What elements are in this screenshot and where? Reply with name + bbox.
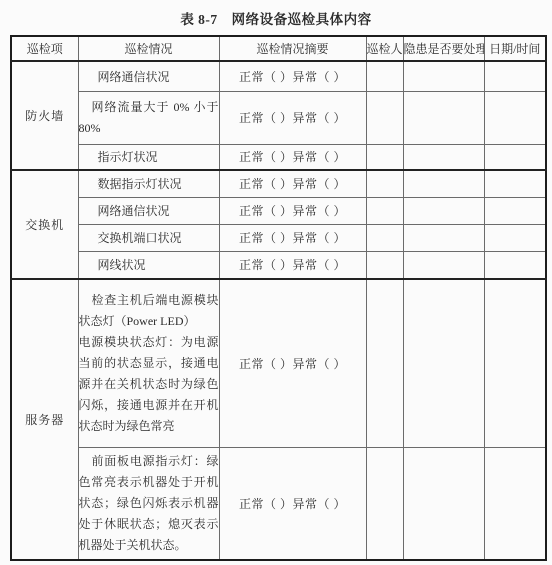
summary-normal-abnormal: 正常（ ）异常（ ）: [219, 61, 366, 91]
hazard-cell: [403, 224, 484, 251]
summary-normal-abnormal: 正常（ ）异常（ ）: [219, 279, 366, 447]
datetime-cell: [484, 447, 546, 560]
col-header-datetime: 日期/时间: [484, 36, 546, 61]
inspection-item: 检查主机后端电源模块状态灯（Power LED） 电源模块状态灯：为电源当前的状…: [78, 279, 219, 447]
datetime-cell: [484, 144, 546, 170]
inspection-item: 前面板电源指示灯：绿色常亮表示机器处于开机状态；绿色闪烁表示机器处于休眠状态；熄…: [78, 447, 219, 560]
hazard-cell: [403, 279, 484, 447]
inspection-item: 网线状况: [78, 251, 219, 279]
table-row: 交换机 数据指示灯状况 正常（ ）异常（ ）: [11, 170, 546, 197]
datetime-cell: [484, 197, 546, 224]
inspector-cell: [366, 447, 403, 560]
summary-normal-abnormal: 正常（ ）异常（ ）: [219, 144, 366, 170]
inspection-item: 数据指示灯状况: [78, 170, 219, 197]
col-header-situation: 巡检情况: [78, 36, 219, 61]
inspection-item: 网络流量大于 0% 小于80%: [79, 97, 219, 139]
hazard-cell: [403, 144, 484, 170]
table-row: 前面板电源指示灯：绿色常亮表示机器处于开机状态；绿色闪烁表示机器处于休眠状态；熄…: [11, 447, 546, 560]
col-header-inspector: 巡检人: [366, 36, 403, 61]
datetime-cell: [484, 224, 546, 251]
inspection-table: 巡检项 巡检情况 巡检情况摘要 巡检人 隐患是否要处理 日期/时间 防火墙 网络…: [10, 35, 547, 561]
summary-normal-abnormal: 正常（ ）异常（ ）: [219, 447, 366, 560]
table-row: 防火墙 网络通信状况 正常（ ）异常（ ）: [11, 61, 546, 91]
item-paragraph: 前面板电源指示灯：绿色常亮表示机器处于开机状态；绿色闪烁表示机器处于休眠状态；熄…: [79, 451, 219, 556]
summary-normal-abnormal: 正常（ ）异常（ ）: [219, 91, 366, 144]
inspection-item: 指示灯状况: [78, 144, 219, 170]
table-row: 网线状况 正常（ ）异常（ ）: [11, 251, 546, 279]
summary-normal-abnormal: 正常（ ）异常（ ）: [219, 224, 366, 251]
hazard-cell: [403, 251, 484, 279]
inspector-cell: [366, 170, 403, 197]
group-label-server: 服务器: [11, 279, 78, 560]
inspector-cell: [366, 224, 403, 251]
col-header-summary: 巡检情况摘要: [219, 36, 366, 61]
datetime-cell: [484, 61, 546, 91]
group-label-firewall: 防火墙: [11, 61, 78, 170]
inspection-item: 交换机端口状况: [78, 224, 219, 251]
group-label-switch: 交换机: [11, 170, 78, 279]
datetime-cell: [484, 251, 546, 279]
summary-normal-abnormal: 正常（ ）异常（ ）: [219, 170, 366, 197]
hazard-cell: [403, 91, 484, 144]
inspector-cell: [366, 91, 403, 144]
summary-normal-abnormal: 正常（ ）异常（ ）: [219, 251, 366, 279]
table-title: 表 8-7 网络设备巡检具体内容: [0, 0, 552, 28]
table-row: 服务器 检查主机后端电源模块状态灯（Power LED） 电源模块状态灯：为电源…: [11, 279, 546, 447]
hazard-cell: [403, 61, 484, 91]
inspector-cell: [366, 279, 403, 447]
inspector-cell: [366, 144, 403, 170]
item-paragraph: 检查主机后端电源模块状态灯（Power LED）: [79, 290, 219, 332]
header-row: 巡检项 巡检情况 巡检情况摘要 巡检人 隐患是否要处理 日期/时间: [11, 36, 546, 61]
inspector-cell: [366, 197, 403, 224]
inspection-item: 网络通信状况: [78, 61, 219, 91]
summary-normal-abnormal: 正常（ ）异常（ ）: [219, 197, 366, 224]
datetime-cell: [484, 170, 546, 197]
table-row: 指示灯状况 正常（ ）异常（ ）: [11, 144, 546, 170]
inspection-item: 网络通信状况: [78, 197, 219, 224]
datetime-cell: [484, 91, 546, 144]
col-header-item: 巡检项: [11, 36, 78, 61]
col-header-hazard: 隐患是否要处理: [403, 36, 484, 61]
hazard-cell: [403, 447, 484, 560]
item-paragraph: 电源模块状态灯：为电源当前的状态显示，接通电源并在关机状态时为绿色闪烁，接通电源…: [79, 332, 219, 437]
inspector-cell: [366, 251, 403, 279]
hazard-cell: [403, 197, 484, 224]
inspector-cell: [366, 61, 403, 91]
hazard-cell: [403, 170, 484, 197]
datetime-cell: [484, 279, 546, 447]
table-row: 网络通信状况 正常（ ）异常（ ）: [11, 197, 546, 224]
table-row: 网络流量大于 0% 小于80% 正常（ ）异常（ ）: [11, 91, 546, 144]
table-row: 交换机端口状况 正常（ ）异常（ ）: [11, 224, 546, 251]
